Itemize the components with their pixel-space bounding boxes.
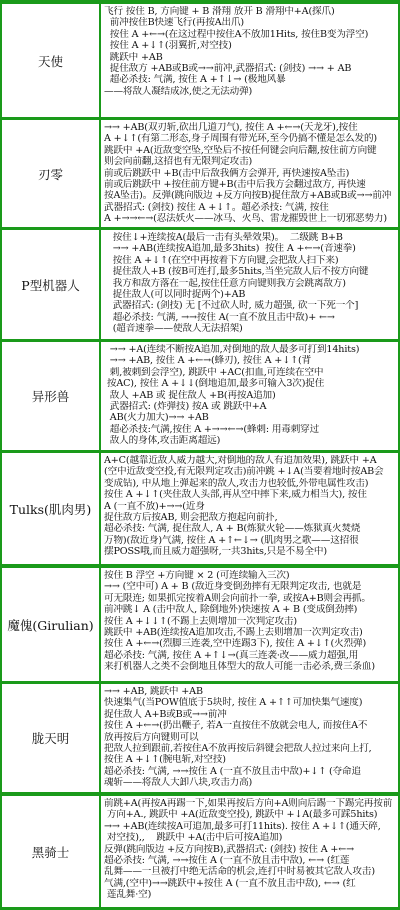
move-line: 武器招式: (剑技) 无 [不过砍人时, 威力超强, 砍一下死一个] [104, 300, 397, 311]
move-line: 捉住敌方 +AB或B或→→前冲,武器招式: (剑技) →→ + AB [104, 63, 397, 74]
character-name-cell: 刃零 [2, 120, 99, 227]
move-line: →→ (空中可) A + B (敌近身变倒劲摔有无限判定攻击, 也就是 [104, 581, 397, 592]
move-line: A+C(越靠近敌人威力越大,对倒地的敌人有追加效果), 跳跃中 +A [104, 455, 397, 466]
move-line: 按住 A +↓↑(腕电斩,对空技) [104, 754, 397, 765]
move-line: 按A坠击)。反弹(跳向版边 +反方向按B)捉住敌方+AB或B或→→前冲 [104, 190, 397, 201]
move-line: →→ +AB, 按住 A +←→(蜂刃), 按住 A +↓↑(背 [104, 355, 397, 366]
move-line: 捉住敌人+B (按B可连打,最多5hits,当坐完敌人后不按方向键 [104, 266, 397, 277]
move-line: 按住 A +↓↑(在空中再按着下方向键,会把敌人扫下来) [104, 255, 397, 266]
move-line: 则会向前翻,这招也有无限判定攻击) [104, 156, 397, 167]
move-list-cell: 前跳+A(再按A再踢一下,如果再按后方向+A则向后踢一下踢完再按前 方向+A.,… [101, 796, 398, 907]
move-list-cell: A+C(越靠近敌人威力越大,对倒地的敌人有追加效果), 跳跃中 +A(空中近敌变… [101, 453, 398, 564]
move-list-cell: →→ +A(连续不断按A追加,对倒地的敌人最多可打到14hits) →→ +AB… [101, 342, 398, 450]
move-line: 飞行 按住 B, 方向键 + B 滑翔 放开 B 滑翔中+A(探爪) [104, 6, 397, 17]
move-line: 刺,被刺到会浮空), 跳跃中 +AC(扣血,可连续在空中 [104, 367, 397, 378]
character-moves-table: 天使飞行 按住 B, 方向键 + B 滑翔 放开 B 滑翔中+A(探爪) 前冲按… [0, 0, 400, 910]
move-line: (空中近敌变空投,有无限判定攻击)前冲跳 +↓A(当要着地时按AB会 [104, 466, 397, 477]
move-line: 反弹(跳向版边 +反方向按B),武器招式: (剑技) 按住 A +←→ [104, 844, 397, 855]
character-name-cell: 胧天明 [2, 684, 99, 792]
move-line: 前冲按住B快速飞行(再按A出爪) [104, 17, 397, 28]
move-line: 我方和敌方落在一起,按住任意方向键则我方会跳离敌方) [104, 278, 397, 289]
move-line: 万物)(敌近身)气满, 按住 A +↑←↓→ (肌肉男之歌——这招很 [104, 535, 397, 546]
move-line: 按住 A +↓↑(夹住敌人头部,再从空中摔下来,威力相当大), 按住 [104, 489, 397, 500]
move-line: 捉住敌方后按AB, 则会把敌方抱起向前扑, [104, 512, 397, 523]
table-row: P型机器人 按住↓+连续按A(最后一击有头晕效果)。 二级跳 B+B →→ +A… [2, 230, 398, 339]
move-line: 跳跃中 +A(近敌变空坠,空坠后不按任何键会向后翻,按住前方向键 [104, 145, 397, 156]
character-name-cell: 异形兽 [2, 342, 99, 450]
move-list-cell: →→ +AB, 跳跃中 +AB快速集气(当POW值底于5块时, 按住 A +↑↑… [101, 684, 398, 792]
move-line: 快速集气(当POW值底于5块时, 按住 A +↑↑可加快集气速度) [104, 697, 397, 708]
move-line: A +→→←→(忍法妖火——冰马、火鸟、雷龙摧毁世上一切邪恶势力) [104, 213, 397, 224]
table-row: 刃零→→ +AB(双刃斩,砍出几道刀气), 按住 A +←→(天龙牙),按住A … [2, 120, 398, 227]
move-line: 捉住敌人(可以同时捉两个)+AB [104, 289, 397, 300]
move-line: 按住 A +←→(烈脚三连袭,空中连踢3下), 按住 A +↓↑(火烈弹) [104, 638, 397, 649]
move-list-cell: →→ +AB(双刃斩,砍出几道刀气), 按住 A +←→(天龙牙),按住A +↓… [101, 120, 398, 227]
move-line: →→ +AB(双刃斩,砍出几道刀气), 按住 A +←→(天龙牙),按住 [104, 122, 397, 133]
move-line: 武器招式: (剑技) 按住 A +↓↑。超必杀技: 气满, 按住 [104, 202, 397, 213]
move-list-cell: 按住↓+连续按A(最后一击有头晕效果)。 二级跳 B+B →→ +AB(连续按A… [101, 230, 398, 339]
move-line: 把敌人拉到跟前,若按住A不放再按后斜键会把敌人拉过来向上打, [104, 743, 397, 754]
move-line: 摆POSS哦,而且威力超强呀,一共3hits,只是不易全中) [104, 546, 397, 557]
move-line: 超必杀技: 气满, →→按住 A (一直不放且击中敌), ←→ (红莲 [104, 855, 397, 866]
move-line: 来打机器人之类不会倒地且体型大的敌人可能一击必杀,费三条血) [104, 661, 397, 672]
character-name-cell: 天使 [2, 4, 99, 117]
move-line: 按AC), 按住 A +↓↓(倒地追加,最多可输入3次)捉住 [104, 378, 397, 389]
move-line: 超必杀技: 气满, →→按住 A(一直不放且击中敌)+ ←→ [104, 312, 397, 323]
table-row: Tulks(肌肉男)A+C(越靠近敌人威力越大,对倒地的敌人有追加效果), 跳跃… [2, 453, 398, 564]
move-line: ——将敌人凝结成冰,使之无法动弹) [104, 86, 397, 97]
move-line: 莲乱舞·空) [104, 889, 397, 900]
character-name-cell: 魔傀(Girulian) [2, 568, 99, 681]
table-row: 黑骑士前跳+A(再按A再踢一下,如果再按后方向+A则向后踢一下踢完再按前 方向+… [2, 796, 398, 907]
move-line: 放再按后方向键则可以 [104, 732, 397, 743]
table-row: 天使飞行 按住 B, 方向键 + B 滑翔 放开 B 滑翔中+A(探爪) 前冲按… [2, 4, 398, 117]
move-line: 前跳+A(再按A再踢一下,如果再按后方向+A则向后踢一下踢完再按前 [104, 798, 397, 809]
move-line: 敌人 +AB 或 捉住敌人 +B(再按A追加) [104, 390, 397, 401]
move-line: 按住 A +↓↓↑(不踢上去则增加一次判定攻击) [104, 616, 397, 627]
move-line: 超必杀技:气满,按住 A +→→←→(蜂刺: 用毒刺穿过 [104, 424, 397, 435]
character-name-cell: Tulks(肌肉男) [2, 453, 99, 564]
move-line: 按住↓+连续按A(最后一击有头晕效果)。 二级跳 B+B [104, 232, 397, 243]
move-line: 按住 A +←→(扔出鞭子, 若A一直按住不放就会电人, 而按住A不 [104, 720, 397, 731]
move-line: A (一直不放)+→→(近身 [104, 501, 397, 512]
move-line: A +↓↑(有第二形态,身子周围有带光环,至今仍搞不懂是怎么发的) [104, 133, 397, 144]
move-line: 跳跃中 +AB [104, 52, 397, 63]
move-list-cell: 按住 B 浮空 +方向键 × 2 (可连续输入三次)→→ (空中可) A + B… [101, 568, 398, 681]
move-line: (超音速拳——使敌人无法招架) [104, 323, 397, 334]
move-line: 乱舞——一旦被打中绝无活命的机会,连打中时易被其它敌人攻击) [104, 866, 397, 877]
table-row: 异形兽 →→ +A(连续不断按A追加,对倒地的敌人最多可打到14hits) →→… [2, 342, 398, 450]
move-line: →→ +AB, 跳跃中 +AB [104, 686, 397, 697]
move-line: 方向+A., 跳跃中 +A(近敌变空投), 跳跃中 +↓A(最多可踩5hits) [104, 809, 397, 820]
move-line: 超必杀技: 气满, →→按住 A (一直不放且击中敌)+↓↑ (夺命追 [104, 766, 397, 777]
character-name-cell: 黑骑士 [2, 796, 99, 907]
move-line: 前或后跳跃中 +按住前方键+B(击中后我方会翻过敌方, 再快速 [104, 179, 397, 190]
move-line: AB(火力加大)→→ +AB [104, 412, 397, 423]
move-line: 跳跃中 +AB(连续按A追加攻击,不踢上去则增加一次判定攻击) [104, 627, 397, 638]
move-line: →→ +AB(连续按A追加,最多3hits) 按住 A +←→(音速拳) [104, 243, 397, 254]
move-line: 按住 A +↓↑(羽翼折,对空技) [104, 40, 397, 51]
move-line: 气满,(空中)→→跳跃中+按住 A (一直不放且击中敌), ←→ (红 [104, 878, 397, 889]
move-line: 按住 A +←→(在这过程中按住A不放加1Hits, 按住B变为浮空) [104, 29, 397, 40]
move-line: 变成钻), 中从地上弹起来的敌人,攻击力也较低,外带电属性攻击) [104, 478, 397, 489]
move-line: 武器招式: (炸弹技) 按A 或 跳跃中+A [104, 401, 397, 412]
character-name-cell: P型机器人 [2, 230, 99, 339]
move-line: →→ +AB(连续按A可追加,最多可打11hits). 按住 A +↓↑(通天碎… [104, 821, 397, 832]
move-line: 对空技),, 跳跃中 +A(击中后可按A追加) [104, 832, 397, 843]
move-line: 敌人的身体,攻击距离超远) [104, 435, 397, 446]
move-line: 前或后跳跃中 +B(击中后敌我俩方会弹开, 再快速按A坠击) [104, 168, 397, 179]
move-line: 捉住敌人 A+B或B或→→前冲 [104, 709, 397, 720]
move-line: 超必杀技: 气满, 按住 A +↑↓→(真三连袭·改——威力超强,用 [104, 650, 397, 661]
move-line: 魂斩——将敌人大卸八块,攻击力高) [104, 777, 397, 788]
move-line: 超必杀技: 气满, 按住 A +↑↓→ (极地风暴 [104, 74, 397, 85]
move-line: 可无限连; 如果抓完按着A则会向前扑一拳, 或按A+B则会再抓。 [104, 593, 397, 604]
move-line: 超必杀技: 气满, 捉住敌人, A + B(炼狱火轮——炼狱真火焚烧 [104, 523, 397, 534]
move-line: 按住 B 浮空 +方向键 × 2 (可连续输入三次) [104, 570, 397, 581]
table-row: 胧天明→→ +AB, 跳跃中 +AB快速集气(当POW值底于5块时, 按住 A … [2, 684, 398, 792]
move-line: →→ +A(连续不断按A追加,对倒地的敌人最多可打到14hits) [104, 344, 397, 355]
move-list-cell: 飞行 按住 B, 方向键 + B 滑翔 放开 B 滑翔中+A(探爪) 前冲按住B… [101, 4, 398, 117]
move-line: 前冲跳↓ A (击中敌人, 除倒地外)快速按 A + B (变成倒劲摔) [104, 604, 397, 615]
table-row: 魔傀(Girulian)按住 B 浮空 +方向键 × 2 (可连续输入三次)→→… [2, 568, 398, 681]
